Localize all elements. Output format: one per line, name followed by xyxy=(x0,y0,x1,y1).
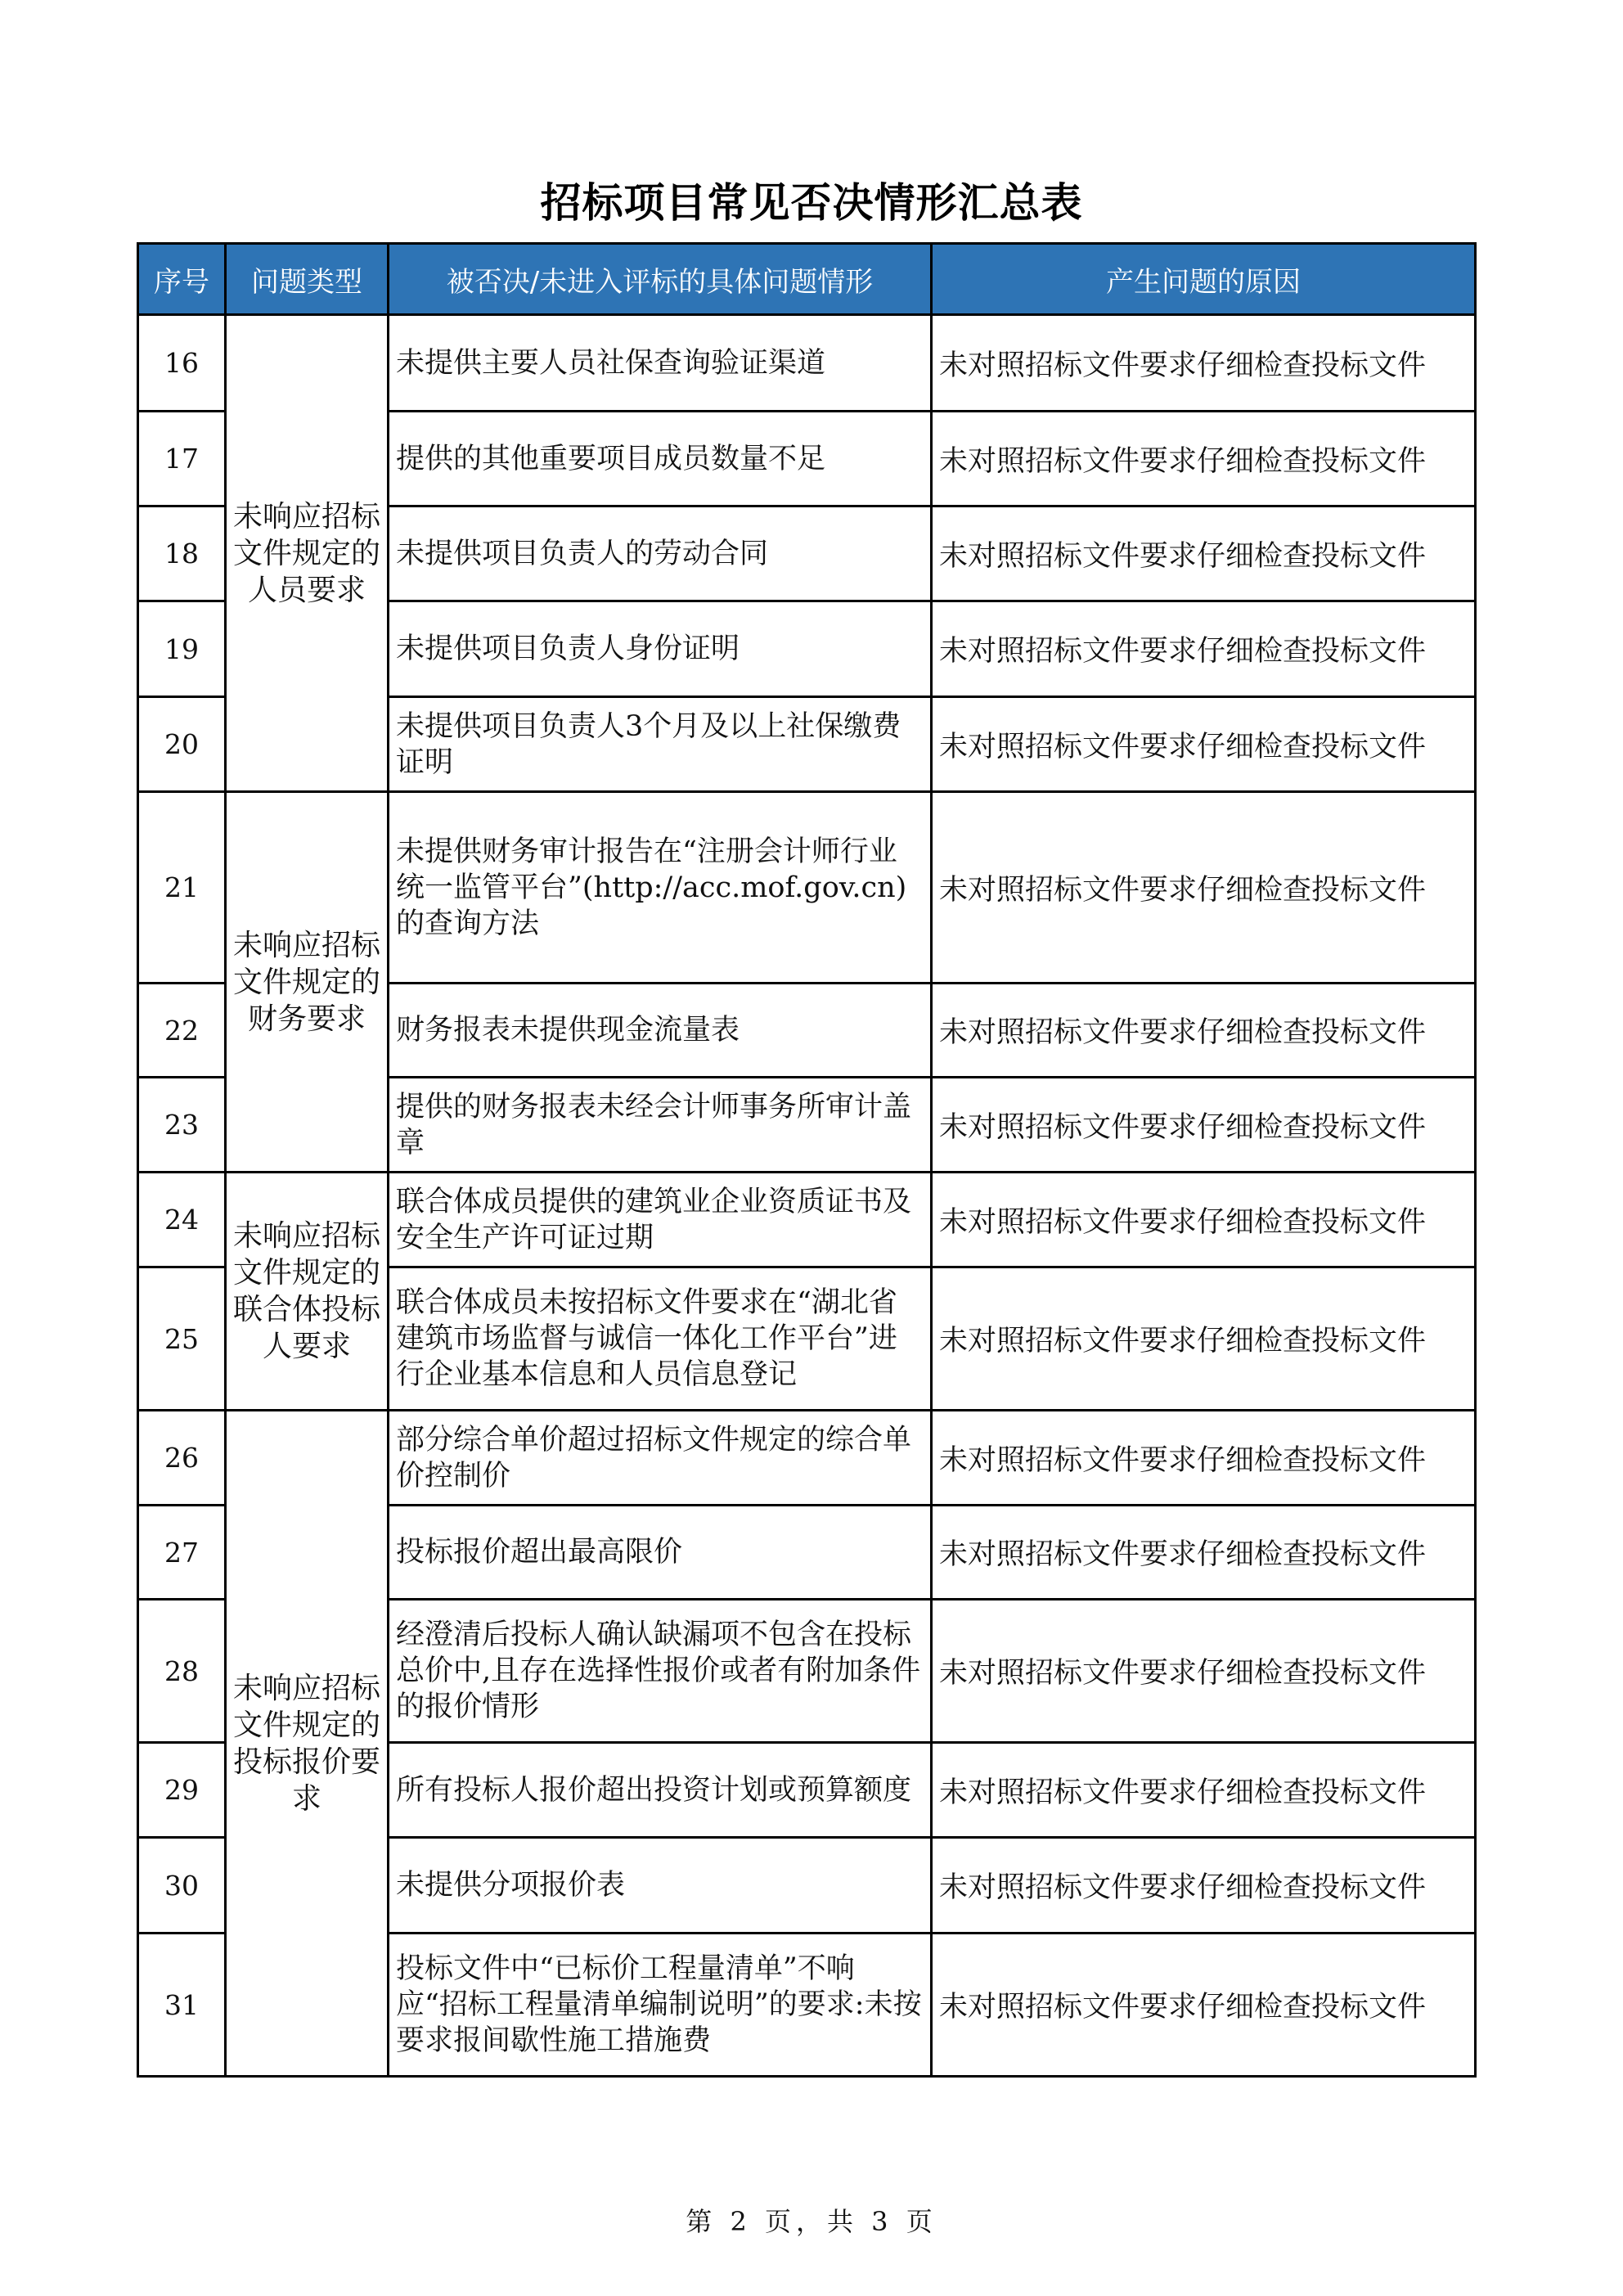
row-reason: 未对照招标文件要求仔细检查投标文件 xyxy=(930,982,1477,1078)
row-seq: 23 xyxy=(137,1076,227,1173)
category-cell: 未响应招标文件规定的联合体投标人要求 xyxy=(224,1171,389,1411)
row-seq: 21 xyxy=(137,790,227,984)
row-seq: 27 xyxy=(137,1504,227,1600)
row-reason: 未对照招标文件要求仔细检查投标文件 xyxy=(930,1076,1477,1173)
row-seq: 18 xyxy=(137,505,227,602)
row-situation: 提供的财务报表未经会计师事务所审计盖章 xyxy=(387,1076,933,1173)
category-cell: 未响应招标文件规定的人员要求 xyxy=(224,313,389,793)
row-situation: 联合体成员提供的建筑业企业资质证书及安全生产许可证过期 xyxy=(387,1171,933,1268)
header-reason: 产生问题的原因 xyxy=(930,242,1477,316)
row-seq: 24 xyxy=(137,1171,227,1268)
row-situation: 未提供项目负责人身份证明 xyxy=(387,600,933,698)
category-cell: 未响应招标文件规定的投标报价要求 xyxy=(224,1409,389,2078)
row-seq: 29 xyxy=(137,1741,227,1839)
row-seq: 20 xyxy=(137,696,227,793)
row-seq: 26 xyxy=(137,1409,227,1506)
row-seq: 16 xyxy=(137,313,227,412)
row-reason: 未对照招标文件要求仔细检查投标文件 xyxy=(930,1741,1477,1839)
row-situation: 未提供项目负责人3个月及以上社保缴费证明 xyxy=(387,696,933,793)
row-situation: 联合体成员未按招标文件要求在“湖北省建筑市场监督与诚信一体化工作平台”进行企业基… xyxy=(387,1266,933,1411)
row-situation: 未提供分项报价表 xyxy=(387,1836,933,1934)
row-seq: 19 xyxy=(137,600,227,698)
row-situation: 投标报价超出最高限价 xyxy=(387,1504,933,1600)
row-reason: 未对照招标文件要求仔细检查投标文件 xyxy=(930,1598,1477,1744)
row-situation: 部分综合单价超过招标文件规定的综合单价控制价 xyxy=(387,1409,933,1506)
header-seq: 序号 xyxy=(137,242,227,316)
category-cell: 未响应招标文件规定的财务要求 xyxy=(224,790,389,1173)
row-situation: 经澄清后投标人确认缺漏项不包含在投标总价中,且存在选择性报价或者有附加条件的报价… xyxy=(387,1598,933,1744)
page-title: 招标项目常见否决情形汇总表 xyxy=(0,170,1623,229)
row-reason: 未对照招标文件要求仔细检查投标文件 xyxy=(930,790,1477,984)
row-reason: 未对照招标文件要求仔细检查投标文件 xyxy=(930,1836,1477,1934)
row-seq: 30 xyxy=(137,1836,227,1934)
row-reason: 未对照招标文件要求仔细检查投标文件 xyxy=(930,410,1477,507)
row-situation: 提供的其他重要项目成员数量不足 xyxy=(387,410,933,507)
header-type: 问题类型 xyxy=(224,242,389,316)
row-seq: 31 xyxy=(137,1932,227,2078)
page-footer: 第 2 页，共 3 页 xyxy=(0,2201,1623,2239)
row-reason: 未对照招标文件要求仔细检查投标文件 xyxy=(930,313,1477,412)
row-reason: 未对照招标文件要求仔细检查投标文件 xyxy=(930,1266,1477,1411)
row-reason: 未对照招标文件要求仔细检查投标文件 xyxy=(930,600,1477,698)
row-situation: 所有投标人报价超出投资计划或预算额度 xyxy=(387,1741,933,1839)
row-reason: 未对照招标文件要求仔细检查投标文件 xyxy=(930,696,1477,793)
row-situation: 未提供主要人员社保查询验证渠道 xyxy=(387,313,933,412)
header-situation: 被否决/未进入评标的具体问题情形 xyxy=(387,242,933,316)
row-situation: 投标文件中“已标价工程量清单”不响应“招标工程量清单编制说明”的要求:未按要求报… xyxy=(387,1932,933,2078)
row-situation: 未提供财务审计报告在“注册会计师行业统一监管平台”(http://acc.mof… xyxy=(387,790,933,984)
row-seq: 17 xyxy=(137,410,227,507)
row-situation: 未提供项目负责人的劳动合同 xyxy=(387,505,933,602)
row-reason: 未对照招标文件要求仔细检查投标文件 xyxy=(930,1504,1477,1600)
row-reason: 未对照招标文件要求仔细检查投标文件 xyxy=(930,1171,1477,1268)
row-reason: 未对照招标文件要求仔细检查投标文件 xyxy=(930,1409,1477,1506)
row-seq: 28 xyxy=(137,1598,227,1744)
row-seq: 25 xyxy=(137,1266,227,1411)
row-reason: 未对照招标文件要求仔细检查投标文件 xyxy=(930,1932,1477,2078)
row-reason: 未对照招标文件要求仔细检查投标文件 xyxy=(930,505,1477,602)
row-seq: 22 xyxy=(137,982,227,1078)
row-situation: 财务报表未提供现金流量表 xyxy=(387,982,933,1078)
